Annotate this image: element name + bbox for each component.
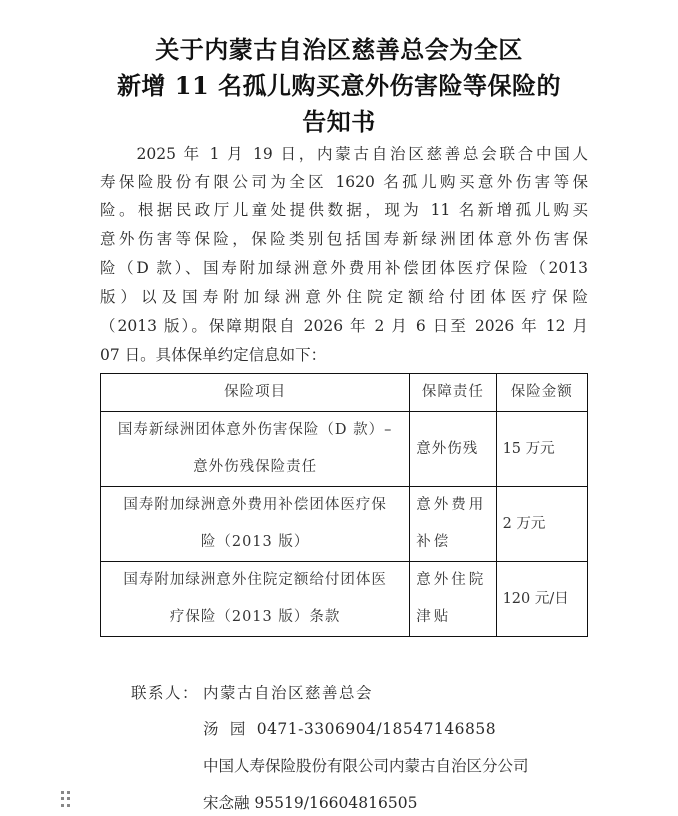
table-row: 国寿新绿洲团体意外伤害保险（D 款）– 意外伤残保险责任 意外伤残 15 万元	[101, 412, 588, 487]
insurance-item-cell: 国寿新绿洲团体意外伤害保险（D 款）– 意外伤残保险责任	[101, 412, 410, 487]
body-line: 版）以及国寿附加绿洲意外住院定额给付团体医疗保险	[100, 287, 588, 307]
liability-line: 补偿	[416, 524, 489, 561]
liability-line: 意外住院	[416, 562, 489, 599]
insurance-item-line: 险（2013 版）	[107, 524, 403, 561]
body-line: 险（D 款）、国寿附加绿洲意外费用补偿团体医疗保险（2013	[100, 258, 588, 278]
insurance-item-cell: 国寿附加绿洲意外住院定额给付团体医 疗保险（2013 版）条款	[101, 562, 410, 637]
table-header-row: 保险项目 保障责任 保险金额	[101, 374, 588, 412]
body-line: 07 日。具体保单约定信息如下：	[100, 345, 588, 365]
document-title-line-1: 关于内蒙古自治区慈善总会为全区	[0, 30, 678, 65]
contact-person-tang: 汤 园 0471-3306904/18547146858	[203, 717, 496, 739]
contact-label: 联系人：	[131, 681, 199, 703]
liability-cell: 意外费用 补偿	[410, 487, 496, 562]
insurance-item-line: 国寿附加绿洲意外费用补偿团体医疗保	[107, 487, 403, 524]
body-line: 2025 年 1 月 19 日，内蒙古自治区慈善总会联合中国人	[100, 144, 588, 164]
contact-org-charity: 内蒙古自治区慈善总会	[203, 681, 373, 703]
policy-table: 保险项目 保障责任 保险金额 国寿新绿洲团体意外伤害保险（D 款）– 意外伤残保…	[100, 373, 588, 637]
amount-cell: 2 万元	[496, 487, 587, 562]
body-line: 意外伤害等保险，保险类别包括国寿新绿洲团体意外伤害保	[100, 229, 588, 249]
insurance-item-cell: 国寿附加绿洲意外费用补偿团体医疗保 险（2013 版）	[101, 487, 410, 562]
header-liability: 保障责任	[410, 374, 496, 412]
amount-cell: 15 万元	[496, 412, 587, 487]
liability-line: 意外费用	[416, 487, 489, 524]
amount-cell: 120 元/日	[496, 562, 587, 637]
contact-org-insurer: 中国人寿保险股份有限公司内蒙古自治区分公司	[203, 754, 529, 776]
insurance-item-line: 国寿附加绿洲意外住院定额给付团体医	[107, 562, 403, 599]
document-title-line-3: 告知书	[0, 102, 678, 137]
insurance-item-line: 国寿新绿洲团体意外伤害保险（D 款）–	[107, 412, 403, 449]
drag-handle-icon[interactable]	[61, 791, 71, 807]
header-amount: 保险金额	[496, 374, 587, 412]
body-line: （2013 版）。保障期限自 2026 年 2 月 6 日至 2026 年 12…	[100, 316, 588, 336]
table-row: 国寿附加绿洲意外费用补偿团体医疗保 险（2013 版） 意外费用 补偿 2 万元	[101, 487, 588, 562]
insurance-item-line: 疗保险（2013 版）条款	[107, 599, 403, 636]
liability-cell: 意外伤残	[410, 412, 496, 487]
document-title-line-2: 新增 11 名孤儿购买意外伤害险等保险的	[0, 66, 678, 101]
contact-person-song: 宋念融 95519/16604816505	[203, 791, 417, 813]
liability-cell: 意外住院 津贴	[410, 562, 496, 637]
table-row: 国寿附加绿洲意外住院定额给付团体医 疗保险（2013 版）条款 意外住院 津贴 …	[101, 562, 588, 637]
insurance-item-line: 意外伤残保险责任	[107, 449, 403, 486]
body-line: 险。根据民政厅儿童处提供数据，现为 11 名新增孤儿购买	[100, 200, 588, 220]
header-insurance-item: 保险项目	[101, 374, 410, 412]
body-line: 寿保险股份有限公司为全区 1620 名孤儿购买意外伤害等保	[100, 172, 588, 192]
liability-line: 津贴	[416, 599, 489, 636]
